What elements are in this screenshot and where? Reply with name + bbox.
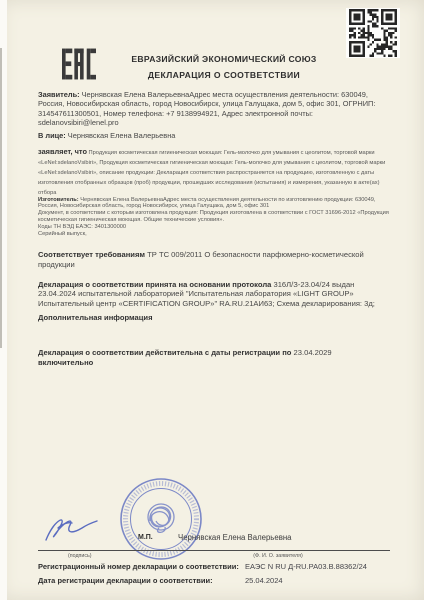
basis-label: Декларация о соответствии принята на осн…	[38, 280, 271, 289]
document-body: Заявитель: Чернявская Елена ВалерьевнаАд…	[38, 90, 392, 368]
applicant-paragraph: Заявитель: Чернявская Елена ВалерьевнаАд…	[38, 90, 392, 128]
declares-paragraph: заявляет, что Продукция косметическая ги…	[38, 147, 392, 238]
doc-title: ДЕКЛАРАЦИЯ О СООТВЕТСТВИИ	[40, 70, 408, 80]
declares-label: заявляет, что	[38, 147, 87, 156]
serial-line: Серийный выпуск,	[38, 231, 392, 238]
name-caption: (Ф. И. О. заявителя)	[213, 553, 343, 559]
registration-number-row: Регистрационный номер декларации о соотв…	[38, 562, 390, 571]
additional-info-paragraph: Дополнительная информация	[38, 313, 392, 322]
registration-number-label: Регистрационный номер декларации о соотв…	[38, 562, 239, 571]
signature-line	[38, 550, 390, 551]
validity-date: 23.04.2029	[291, 348, 331, 357]
compliance-paragraph: Соответствует требованиям ТР ТС 009/2011…	[38, 250, 392, 270]
representative-label: В лице:	[38, 131, 66, 140]
document-standard-line: Документ, в соответствии с которым изгот…	[38, 210, 392, 224]
declaration-document: ЕВРАЗИЙСКИЙ ЭКОНОМИЧЕСКИЙ СОЮЗ ДЕКЛАРАЦИ…	[0, 0, 424, 600]
union-name: ЕВРАЗИЙСКИЙ ЭКОНОМИЧЕСКИЙ СОЮЗ	[40, 54, 408, 64]
validity-suffix: включительно	[38, 358, 93, 367]
qr-finder-top-right	[381, 9, 397, 25]
registration-date-row: Дата регистрации декларации о соответств…	[38, 576, 390, 585]
registration-number-value: ЕАЭС N RU Д-RU.РА03.В.88362/24	[245, 562, 367, 571]
representative-text: Чернявская Елена Валерьевна	[66, 131, 176, 140]
stamp-place-label: М.П.	[138, 534, 153, 541]
header: ЕВРАЗИЙСКИЙ ЭКОНОМИЧЕСКИЙ СОЮЗ ДЕКЛАРАЦИ…	[40, 54, 408, 80]
basis-paragraph: Декларация о соответствии принята на осн…	[38, 280, 392, 309]
representative-paragraph: В лице: Чернявская Елена Валерьевна	[38, 131, 392, 140]
tnved-line: Коды ТН ВЭД ЕАЭС: 3401300000	[38, 224, 392, 231]
manufacturer-text: Чернявская Елена ВалерьевнаАдрес места о…	[38, 197, 376, 210]
registration-date-label: Дата регистрации декларации о соответств…	[38, 576, 213, 585]
registration-date-value: 25.04.2024	[245, 576, 283, 585]
additional-info-label: Дополнительная информация	[38, 313, 153, 322]
signature-caption: (подпись)	[68, 553, 92, 559]
scan-artifact	[0, 48, 2, 348]
declares-product-text: Продукция косметическая гигиеническая мо…	[38, 150, 385, 196]
applicant-text: Чернявская Елена ВалерьевнаАдрес места о…	[38, 90, 375, 127]
qr-finder-top-left	[349, 9, 365, 25]
applicant-label: Заявитель:	[38, 90, 80, 99]
handwritten-signature	[42, 514, 100, 544]
compliance-label: Соответствует требованиям	[38, 250, 145, 259]
manufacturer-label: Изготовитель:	[38, 197, 79, 203]
signer-name: Чернявская Елена Валерьевна	[178, 533, 292, 542]
signature-section: М.П. Чернявская Елена Валерьевна (подпис…	[38, 470, 390, 594]
qr-code	[346, 8, 400, 58]
validity-label: Декларация о соответствии действительна …	[38, 348, 291, 357]
validity-paragraph: Декларация о соответствии действительна …	[38, 348, 392, 368]
manufacturer-line: Изготовитель: Чернявская Елена Валерьевн…	[38, 197, 392, 211]
